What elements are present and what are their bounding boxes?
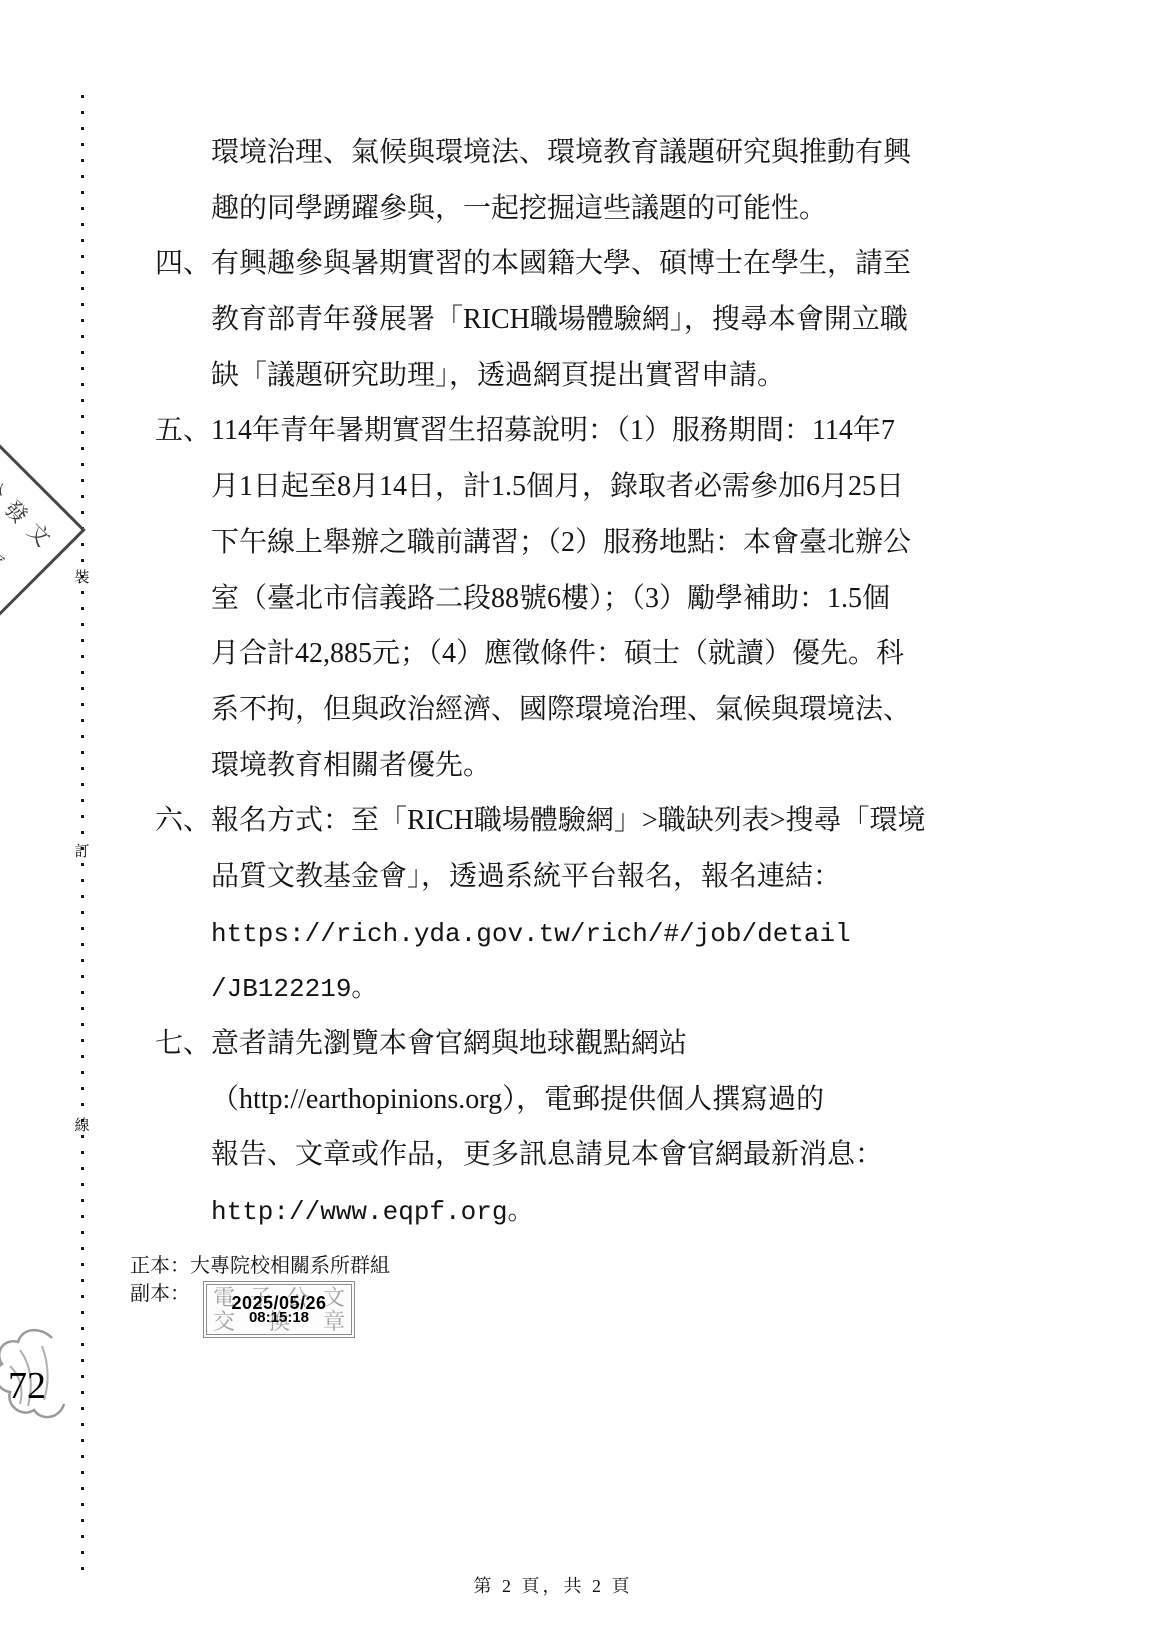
doc-line: 月1日起至8月14日，計1.5個月，錄取者必需參加6月25日 bbox=[155, 459, 995, 515]
doc-line: 四、有興趣參與暑期實習的本國籍大學、碩博士在學生，請至 bbox=[155, 236, 995, 292]
line-text: https://rich.yda.gov.tw/rich/#/job/detai… bbox=[211, 919, 851, 949]
doc-line: 缺「議題研究助理」，透過網頁提出實習申請。 bbox=[155, 348, 995, 404]
doc-line: 七、意者請先瀏覽本會官網與地球觀點網站 bbox=[155, 1016, 995, 1072]
line-text: 環境教育相關者優先。 bbox=[211, 750, 491, 781]
original-recipient: 正本：大專院校相關系所群組 bbox=[130, 1252, 390, 1280]
line-text: 系不拘，但與政治經濟、國際環境治理、氣候與環境法、 bbox=[211, 694, 911, 725]
doc-line: 報告、文章或作品，更多訊息請見本會官網最新消息： bbox=[155, 1127, 995, 1183]
doc-line: 趣的同學踴躍參與，一起挖掘這些議題的可能性。 bbox=[155, 181, 995, 237]
line-text: 缺「議題研究助理」，透過網頁提出實習申請。 bbox=[211, 360, 785, 391]
item-number: 七、 bbox=[155, 1016, 211, 1072]
line-text: 報告、文章或作品，更多訊息請見本會官網最新消息： bbox=[211, 1139, 883, 1170]
line-text: 月1日起至8月14日，計1.5個月，錄取者必需參加6月25日 bbox=[211, 471, 904, 502]
line-text: 環境治理、氣候與環境法、環境教育議題研究與推動有興 bbox=[211, 137, 911, 168]
binding-char-zhuang: 裝 bbox=[71, 566, 93, 587]
binding-char-xian: 線 bbox=[71, 1114, 93, 1135]
doc-line: 教育部青年發展署「RICH職場體驗網」，搜尋本會開立職 bbox=[155, 292, 995, 348]
item-number: 四、 bbox=[155, 236, 211, 292]
exchange-stamp: 電 子 公 文 交 換 章 2025/05/26 08:15:18 bbox=[203, 1281, 355, 1338]
line-text: （http://earthopinions.org），電郵提供個人撰寫過的 bbox=[211, 1084, 824, 1115]
exchange-time: 08:15:18 bbox=[231, 1310, 326, 1324]
line-text: 114年青年暑期實習生招募說明：（1）服務期間：114年7 bbox=[211, 415, 895, 446]
doc-line: （http://earthopinions.org），電郵提供個人撰寫過的 bbox=[155, 1072, 995, 1128]
line-text: 意者請先瀏覽本會官網與地球觀點網站 bbox=[211, 1028, 687, 1059]
flower-seal-icon: 72 bbox=[0, 1322, 76, 1422]
doc-line: 下午線上舉辦之職前講習；（2）服務地點：本會臺北辦公 bbox=[155, 515, 995, 571]
line-text: 報名方式：至「RICH職場體驗網」>職缺列表>搜尋「環境 bbox=[211, 805, 925, 836]
line-text: 月合計42,885元；（4）應徵條件：碩士（就讀）優先。科 bbox=[211, 638, 904, 669]
doc-line: 月合計42,885元；（4）應徵條件：碩士（就讀）優先。科 bbox=[155, 626, 995, 682]
doc-line: 室（臺北市信義路二段88號6樓）；（3）勵學補助：1.5個 bbox=[155, 571, 995, 627]
page-number-seal: 72 bbox=[0, 1322, 76, 1427]
corner-stamp-char: 文 bbox=[22, 518, 55, 551]
binding-char-ding: 訂 bbox=[71, 840, 93, 861]
line-text: 下午線上舉辦之職前講習；（2）服務地點：本會臺北辦公 bbox=[211, 527, 911, 558]
exchange-datetime: 2025/05/26 08:15:18 bbox=[231, 1293, 326, 1324]
item-number: 六、 bbox=[155, 793, 211, 849]
line-text: 趣的同學踴躍參與，一起挖掘這些議題的可能性。 bbox=[211, 193, 827, 224]
doc-line: 環境教育相關者優先。 bbox=[155, 738, 995, 794]
doc-line: /JB122219。 bbox=[155, 960, 995, 1016]
corner-stamp-char: 發 bbox=[0, 496, 32, 529]
corner-stamp: 公 發 文 章 經 bbox=[0, 442, 86, 617]
line-text: /JB122219。 bbox=[211, 974, 377, 1004]
corner-stamp-char: 公 bbox=[0, 473, 10, 506]
document-lines: 環境治理、氣候與環境法、環境教育議題研究與推動有興 趣的同學踴躍參與，一起挖掘這… bbox=[155, 125, 995, 1239]
binding-dotted-line bbox=[81, 95, 84, 1570]
doc-line: https://rich.yda.gov.tw/rich/#/job/detai… bbox=[155, 905, 995, 961]
doc-line: 六、報名方式：至「RICH職場體驗網」>職缺列表>搜尋「環境 bbox=[155, 793, 995, 849]
line-text: 室（臺北市信義路二段88號6樓）；（3）勵學補助：1.5個 bbox=[211, 583, 890, 614]
footer-page-number: 第 2 頁，共 2 頁 bbox=[0, 1572, 1106, 1598]
doc-line: 品質文教基金會」，透過系統平台報名，報名連結： bbox=[155, 849, 995, 905]
corner-stamp-char: 經 bbox=[0, 543, 8, 576]
doc-line: 環境治理、氣候與環境法、環境教育議題研究與推動有興 bbox=[155, 125, 995, 181]
page-seal-number: 72 bbox=[8, 1365, 46, 1407]
line-text: 教育部青年發展署「RICH職場體驗網」，搜尋本會開立職 bbox=[211, 304, 908, 335]
line-text: http://www.eqpf.org。 bbox=[211, 1197, 533, 1227]
doc-line: http://www.eqpf.org。 bbox=[155, 1183, 995, 1239]
doc-line: 五、114年青年暑期實習生招募說明：（1）服務期間：114年7 bbox=[155, 403, 995, 459]
line-text: 品質文教基金會」，透過系統平台報名，報名連結： bbox=[211, 861, 841, 892]
doc-line: 系不拘，但與政治經濟、國際環境治理、氣候與環境法、 bbox=[155, 682, 995, 738]
line-text: 有興趣參與暑期實習的本國籍大學、碩博士在學生，請至 bbox=[211, 248, 911, 279]
document-page: 裝 訂 線 公 發 文 章 經 環境治理、氣候與環境法、環境教育議題研究與推動有… bbox=[0, 0, 1158, 1649]
item-number: 五、 bbox=[155, 403, 211, 459]
